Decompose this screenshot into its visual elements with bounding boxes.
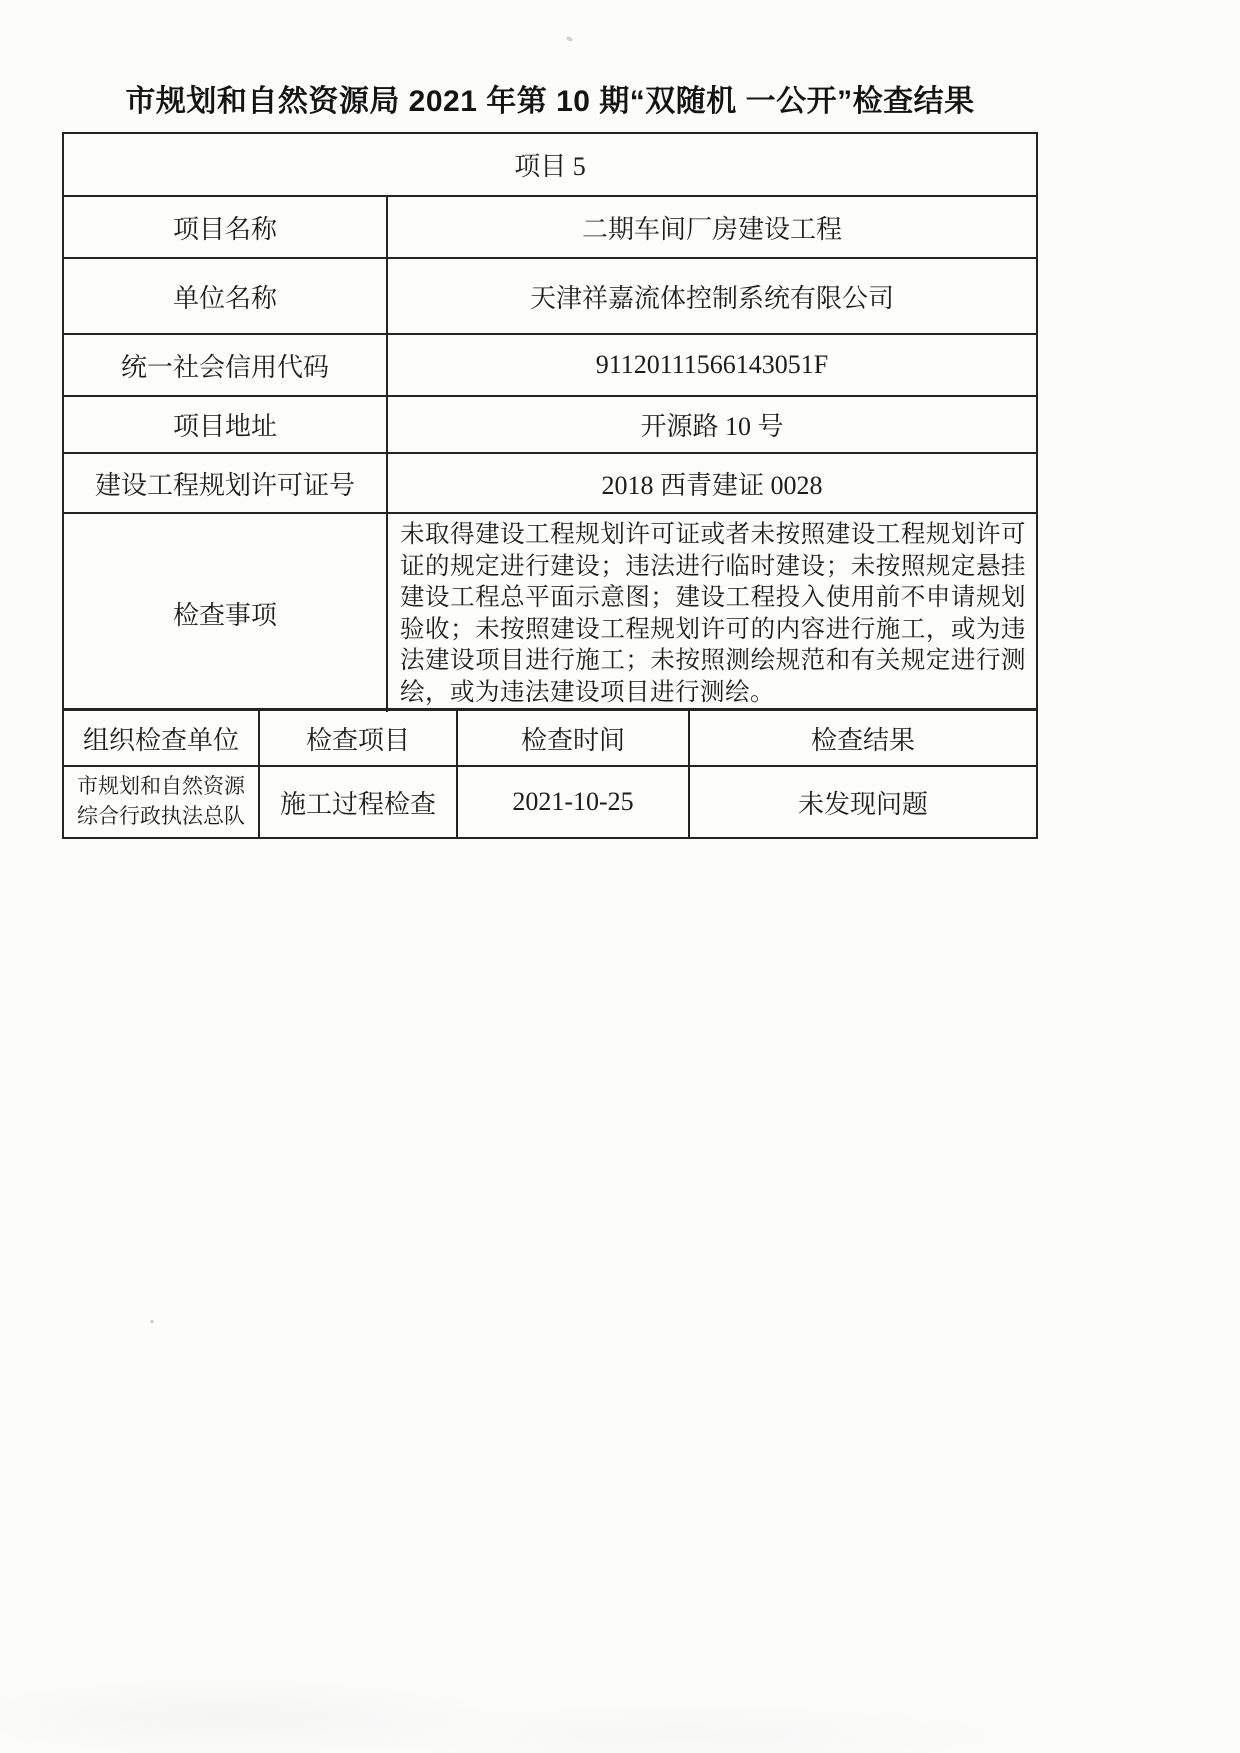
table-row-project-address: 项目地址 开源路 10 号 [64,395,1036,452]
project-address-value: 开源路 10 号 [388,397,1036,452]
table-row-inspection-items: 检查事项 未取得建设工程规划许可证或者未按照建设工程规划许可证的规定进行建设；违… [64,512,1036,708]
header-inspection-result: 检查结果 [690,711,1036,765]
header-inspection-date: 检查时间 [458,711,690,765]
table-row-credit-code: 统一社会信用代码 91120111566143051F [64,333,1036,395]
unit-name-value: 天津祥嘉流体控制系统有限公司 [388,259,1036,333]
record-inspection-result: 未发现问题 [690,767,1036,837]
credit-code-value: 91120111566143051F [388,335,1036,395]
record-organizing-unit: 市规划和自然资源综合行政执法总队 [64,767,260,837]
project-address-label: 项目地址 [64,397,388,452]
planning-permit-value: 2018 西青建证 0028 [388,454,1036,512]
project-header-label: 项目 5 [64,134,1036,195]
scan-artifact-speck [150,1320,154,1323]
project-name-label: 项目名称 [64,197,388,257]
header-inspection-item: 检查项目 [260,711,458,765]
project-name-value: 二期车间厂房建设工程 [388,197,1036,257]
table-row-project-name: 项目名称 二期车间厂房建设工程 [64,195,1036,257]
unit-name-label: 单位名称 [64,259,388,333]
record-inspection-item: 施工过程检查 [260,767,458,837]
header-organizing-unit: 组织检查单位 [64,711,260,765]
inspection-subtable-header: 组织检查单位 检查项目 检查时间 检查结果 [64,708,1036,765]
planning-permit-label: 建设工程规划许可证号 [64,454,388,512]
inspection-items-text: 未取得建设工程规划许可证或者未按照建设工程规划许可证的规定进行建设；违法进行临时… [388,514,1036,712]
scanned-document-page: 市规划和自然资源局 2021 年第 10 期“双随机 一公开”检查结果 项目 5… [0,0,1240,1753]
record-inspection-date: 2021-10-25 [458,767,690,837]
page-title: 市规划和自然资源局 2021 年第 10 期“双随机 一公开”检查结果 [62,76,1038,120]
table-row-unit-name: 单位名称 天津祥嘉流体控制系统有限公司 [64,257,1036,333]
table-row-planning-permit: 建设工程规划许可证号 2018 西青建证 0028 [64,452,1036,512]
table-row-project-header: 项目 5 [64,134,1036,195]
document-content: 市规划和自然资源局 2021 年第 10 期“双随机 一公开”检查结果 项目 5… [62,0,1038,839]
inspection-result-table: 项目 5 项目名称 二期车间厂房建设工程 单位名称 天津祥嘉流体控制系统有限公司… [62,132,1038,839]
inspection-items-label: 检查事项 [64,514,388,712]
inspection-subtable-record: 市规划和自然资源综合行政执法总队 施工过程检查 2021-10-25 未发现问题 [64,765,1036,837]
credit-code-label: 统一社会信用代码 [64,335,388,395]
